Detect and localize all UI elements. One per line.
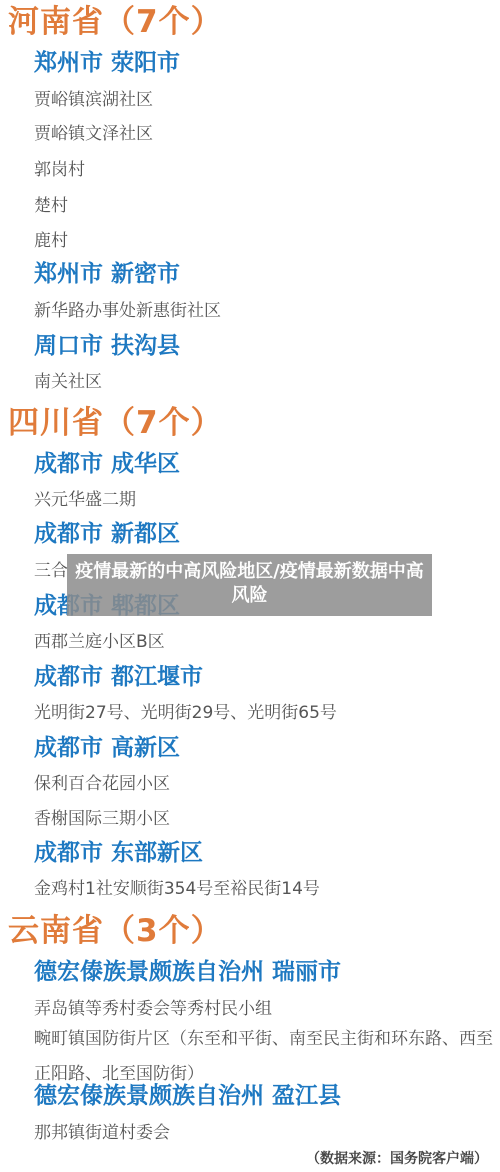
city-heading: 成都市 高新区: [34, 733, 180, 763]
place-item: 香榭国际三期小区: [34, 807, 170, 831]
data-source-note: （数据来源：国务院客户端）: [306, 1149, 488, 1169]
place-item: 光明街27号、光明街29号、光明街65号: [34, 701, 337, 725]
city-heading: 成都市 新都区: [34, 519, 180, 549]
province-heading-henan: 河南省（7个）: [8, 2, 223, 42]
city-heading: 成都市 东部新区: [34, 838, 203, 868]
place-item: 西郡兰庭小区B区: [34, 630, 165, 654]
place-item: 保利百合花园小区: [34, 772, 170, 796]
place-item: 兴元华盛二期: [34, 488, 136, 512]
place-item: 贾峪镇文泽社区: [34, 122, 153, 146]
place-item: 三合: [34, 559, 68, 583]
place-item: 金鸡村1社安顺街354号至裕民街14号: [34, 877, 320, 901]
place-item: 郭岗村: [34, 158, 85, 182]
city-heading: 德宏傣族景颇族自治州 瑞丽市: [34, 957, 341, 987]
city-heading: 郑州市 新密市: [34, 259, 180, 289]
risk-area-document: 河南省（7个） 郑州市 荥阳市 贾峪镇滨湖社区 贾峪镇文泽社区 郭岗村 楚村 鹿…: [0, 0, 500, 1172]
province-heading-sichuan: 四川省（7个）: [8, 403, 223, 443]
province-heading-yunnan: 云南省（3个）: [8, 911, 223, 951]
place-item: 新华路办事处新惠街社区: [34, 299, 221, 323]
city-heading: 德宏傣族景颇族自治州 盈江县: [34, 1081, 341, 1111]
city-heading: 成都市 成华区: [34, 449, 180, 479]
place-item: 楚村: [34, 194, 68, 218]
city-heading: 郑州市 荥阳市: [34, 48, 180, 78]
place-item: 弄岛镇等秀村委会等秀村民小组: [34, 997, 272, 1021]
city-heading: 成都市 都江堰市: [34, 662, 203, 692]
title-overlay-banner: 疫情最新的中高风险地区/疫情最新数据中高风险: [67, 554, 432, 616]
place-item: 那邦镇街道村委会: [34, 1121, 170, 1145]
place-item: 鹿村: [34, 229, 68, 253]
place-item: 贾峪镇滨湖社区: [34, 88, 153, 112]
place-item: 南关社区: [34, 370, 102, 394]
city-heading: 周口市 扶沟县: [34, 331, 180, 361]
